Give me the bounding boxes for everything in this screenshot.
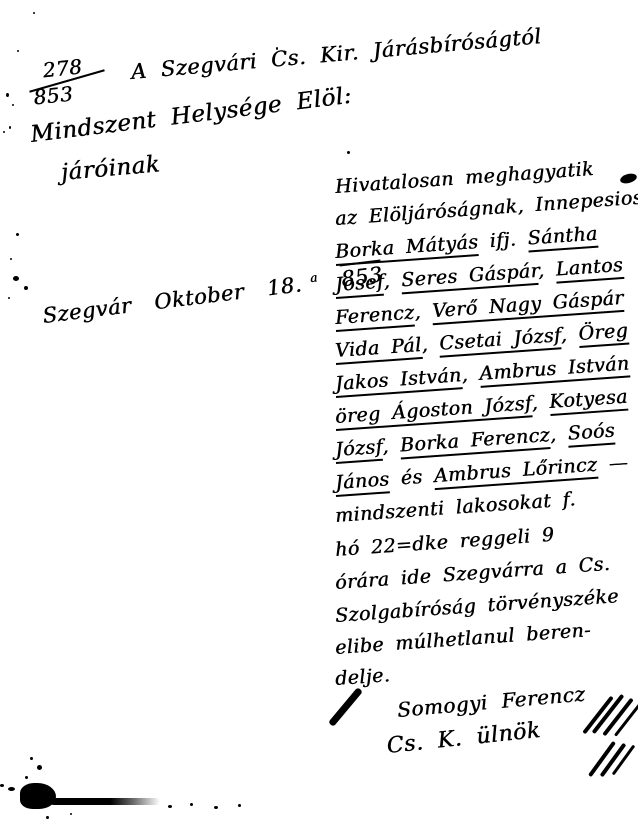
- ink-speck: [10, 258, 12, 260]
- underlined-name: Seres Gáspár: [400, 260, 538, 294]
- ink-speck: [25, 776, 28, 779]
- reference-denominator: 853: [29, 80, 109, 108]
- body-text: ,: [537, 259, 556, 282]
- underlined-name: Ambrus István: [479, 352, 631, 387]
- body-text: ,: [383, 269, 402, 292]
- body-text: ,: [549, 423, 568, 446]
- body-text: delje.: [334, 664, 390, 690]
- ink-speck: [17, 50, 19, 52]
- ink-speck: [3, 131, 5, 133]
- ink-speck: [30, 757, 33, 760]
- ink-speck: [347, 151, 350, 154]
- dateline-place: Szegvár: [41, 293, 133, 328]
- body-line: hó 22=dke reggeli 9: [334, 524, 555, 563]
- underlined-name: Soós: [567, 419, 616, 447]
- ink-speck: [46, 816, 49, 819]
- body-text: —: [596, 452, 628, 476]
- underlined-name: Csetai Józsf: [439, 324, 562, 357]
- underlined-name: Ambrus Lőrincz: [433, 454, 598, 490]
- ink-speck: [33, 12, 35, 14]
- body-text: és: [389, 465, 435, 490]
- ink-speck: [0, 784, 4, 787]
- body-text: ,: [560, 323, 579, 346]
- ink-speck: [8, 297, 10, 299]
- ink-speck: [276, 47, 278, 50]
- underlined-name: Sántha: [527, 223, 599, 253]
- ink-speck: [238, 804, 241, 807]
- body-text: hó 22=dke reggeli 9: [334, 524, 555, 561]
- underlined-name: Borka Ferencz: [399, 424, 551, 459]
- ink-speck: [168, 805, 172, 808]
- ink-speck: [9, 126, 11, 129]
- body-text: ,: [381, 435, 400, 458]
- ink-speck: [24, 286, 28, 290]
- body-line: delje.: [334, 664, 391, 692]
- body-text: ,: [421, 333, 440, 356]
- underlined-name: Lantos: [555, 254, 624, 284]
- reference-numerator: 278: [26, 54, 106, 82]
- ink-speck: [37, 765, 42, 770]
- ink-speck: [12, 104, 14, 106]
- underlined-name: Józsf: [334, 436, 383, 464]
- body-text: ,: [414, 300, 433, 323]
- ink-speck: [8, 787, 15, 791]
- underlined-name: öreg Ágoston Józsf: [334, 392, 532, 431]
- ink-speck: [6, 93, 9, 97]
- underlined-name: Ferencz: [334, 302, 415, 332]
- reference-number: 278 853: [26, 54, 108, 108]
- ink-speck: [214, 806, 218, 809]
- body-text: ,: [461, 363, 480, 386]
- underlined-name: Verő Nagy Gáspár: [431, 287, 624, 325]
- ink-speck: [16, 233, 19, 236]
- dateline-day-suffix: a: [309, 270, 318, 285]
- ink-speck: [190, 803, 193, 806]
- dateline-month: Oktober: [153, 279, 246, 314]
- underlined-name: János: [334, 468, 390, 497]
- underlined-name: Jakos István: [334, 364, 462, 398]
- ink-blot: [20, 783, 56, 809]
- ink-speck: [70, 813, 72, 815]
- underlined-name: Vida Pál: [334, 334, 422, 365]
- scanned-document-page: 278 853 A Szegvári Cs. Kir. Járásbíróság…: [0, 0, 638, 823]
- addressee-line-2: járóinak: [60, 153, 161, 185]
- dateline-day: 18.a: [266, 270, 320, 300]
- body-text: ,: [531, 391, 550, 414]
- underlined-name: Kotyesa: [548, 386, 628, 416]
- ink-blot-streak: [50, 798, 160, 805]
- body-text: ifj.: [477, 228, 528, 253]
- underlined-name: Öreg: [578, 320, 629, 348]
- underlined-name: Josef: [334, 271, 384, 299]
- underlined-name: Borka Mátyás: [334, 231, 479, 266]
- ink-speck: [13, 276, 19, 281]
